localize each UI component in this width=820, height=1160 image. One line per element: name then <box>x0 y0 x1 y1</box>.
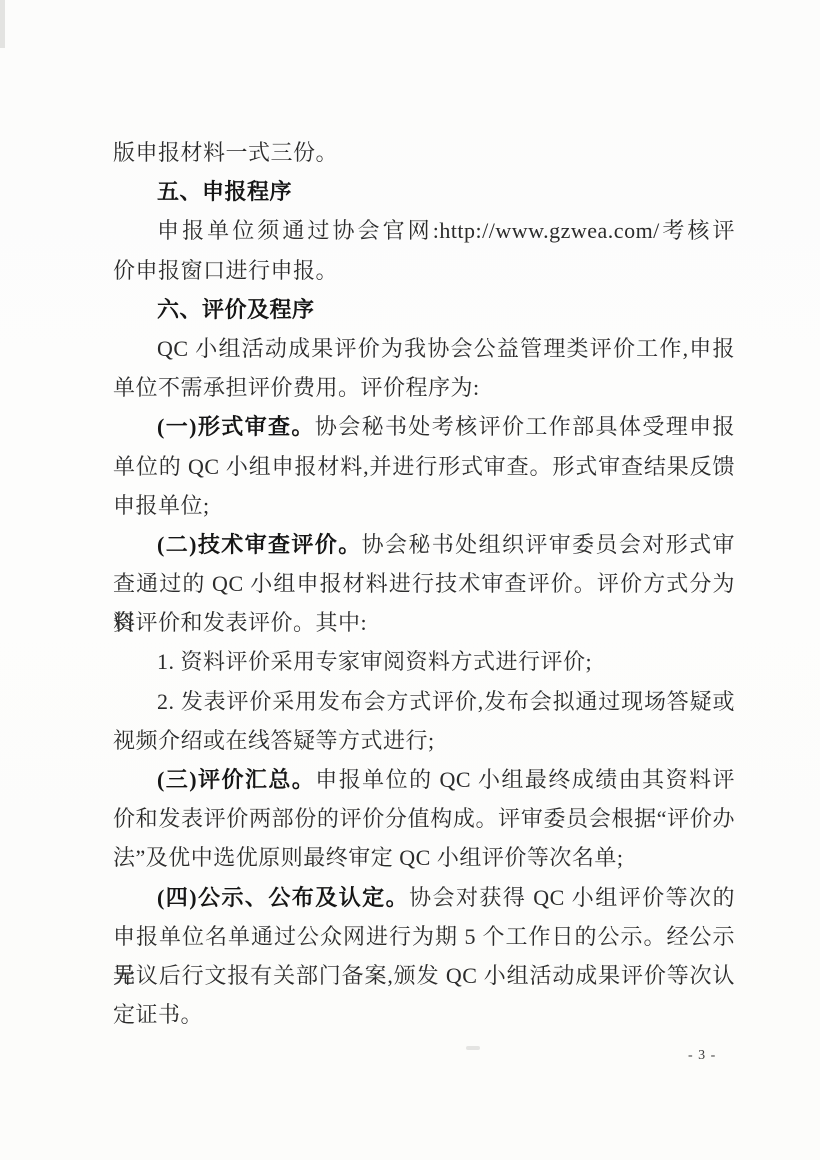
body-text: 2. 发表评价采用发布会方式评价,发布会拟通过现场答疑或 <box>157 689 735 714</box>
text-line: 异议后行文报有关部门备案,颁发 QC 小组活动成果评价等次认 <box>113 956 735 995</box>
text-line: (一)形式审查。协会秘书处考核评价工作部具体受理申报 <box>113 407 735 446</box>
scan-edge-artifact <box>0 0 5 48</box>
body-text: 协会秘书处考核评价工作部具体受理申报 <box>315 414 735 439</box>
text-line: 六、评价及程序 <box>113 290 735 329</box>
text-line: 价申报窗口进行申报。 <box>113 251 735 290</box>
heading-bold-text: 六、评价及程序 <box>157 297 315 322</box>
text-line: 料评价和发表评价。其中: <box>113 603 735 642</box>
body-text: 1. 资料评价采用专家审阅资料方式进行评价; <box>157 649 592 674</box>
body-text: 版申报材料一式三份。 <box>113 140 338 165</box>
body-text: 协会秘书处组织评审委员会对形式审 <box>362 532 735 557</box>
text-line: 1. 资料评价采用专家审阅资料方式进行评价; <box>113 642 735 681</box>
page-number: - 3 - <box>688 1046 748 1066</box>
text-line: 单位不需承担评价费用。评价程序为: <box>113 368 735 407</box>
body-text: 价申报窗口进行申报。 <box>113 258 338 283</box>
heading-bold-text: (一)形式审查。 <box>157 414 315 439</box>
body-text: 申报单位的 QC 小组最终成绩由其资料评 <box>315 767 735 792</box>
body-text: 法”及优中选优原则最终审定 QC 小组评价等次名单; <box>113 845 623 870</box>
body-text: 料评价和发表评价。其中: <box>113 610 367 635</box>
text-line: 定证书。 <box>113 995 735 1034</box>
text-line: 版申报材料一式三份。 <box>113 133 735 172</box>
text-line: 申报单位; <box>113 486 735 525</box>
text-line: 单位的 QC 小组申报材料,并进行形式审查。形式审查结果反馈 <box>113 447 735 486</box>
document-body: 版申报材料一式三份。五、申报程序申报单位须通过协会官网:http://www.g… <box>113 133 735 1034</box>
body-text: 单位的 QC 小组申报材料,并进行形式审查。形式审查结果反馈 <box>113 454 735 479</box>
text-line: 申报单位名单通过公众网进行为期 5 个工作日的公示。经公示无 <box>113 917 735 956</box>
body-text: QC 小组活动成果评价为我协会公益管理类评价工作,申报 <box>157 336 735 361</box>
text-line: (三)评价汇总。申报单位的 QC 小组最终成绩由其资料评 <box>113 760 735 799</box>
text-line: (四)公示、公布及认定。协会对获得 QC 小组评价等次的 <box>113 878 735 917</box>
body-text: 申报单位; <box>113 493 210 518</box>
body-text: 申报单位须通过协会官网:http://www.gzwea.com/考核评 <box>157 218 735 243</box>
heading-bold-text: (三)评价汇总。 <box>157 767 315 792</box>
body-text: 视频介绍或在线答疑等方式进行; <box>113 728 435 753</box>
scan-artifact <box>466 1046 480 1050</box>
text-line: 申报单位须通过协会官网:http://www.gzwea.com/考核评 <box>113 211 735 250</box>
body-text: 异议后行文报有关部门备案,颁发 QC 小组活动成果评价等次认 <box>113 963 735 988</box>
body-text: 协会对获得 QC 小组评价等次的 <box>409 885 735 910</box>
text-line: 五、申报程序 <box>113 172 735 211</box>
body-text: 价和发表评价两部份的评价分值构成。评审委员会根据“评价办 <box>113 806 735 831</box>
text-line: 视频介绍或在线答疑等方式进行; <box>113 721 735 760</box>
text-line: QC 小组活动成果评价为我协会公益管理类评价工作,申报 <box>113 329 735 368</box>
text-line: 2. 发表评价采用发布会方式评价,发布会拟通过现场答疑或 <box>113 682 735 721</box>
heading-bold-text: 五、申报程序 <box>157 179 292 204</box>
heading-bold-text: (四)公示、公布及认定。 <box>157 885 409 910</box>
heading-bold-text: (二)技术审查评价。 <box>157 532 362 557</box>
text-line: 价和发表评价两部份的评价分值构成。评审委员会根据“评价办 <box>113 799 735 838</box>
body-text: 定证书。 <box>113 1002 203 1027</box>
body-text: 单位不需承担评价费用。评价程序为: <box>113 375 480 400</box>
text-line: 查通过的 QC 小组申报材料进行技术审查评价。评价方式分为资 <box>113 564 735 603</box>
text-line: (二)技术审查评价。协会秘书处组织评审委员会对形式审 <box>113 525 735 564</box>
text-line: 法”及优中选优原则最终审定 QC 小组评价等次名单; <box>113 838 735 877</box>
document-page: 版申报材料一式三份。五、申报程序申报单位须通过协会官网:http://www.g… <box>0 0 820 1160</box>
